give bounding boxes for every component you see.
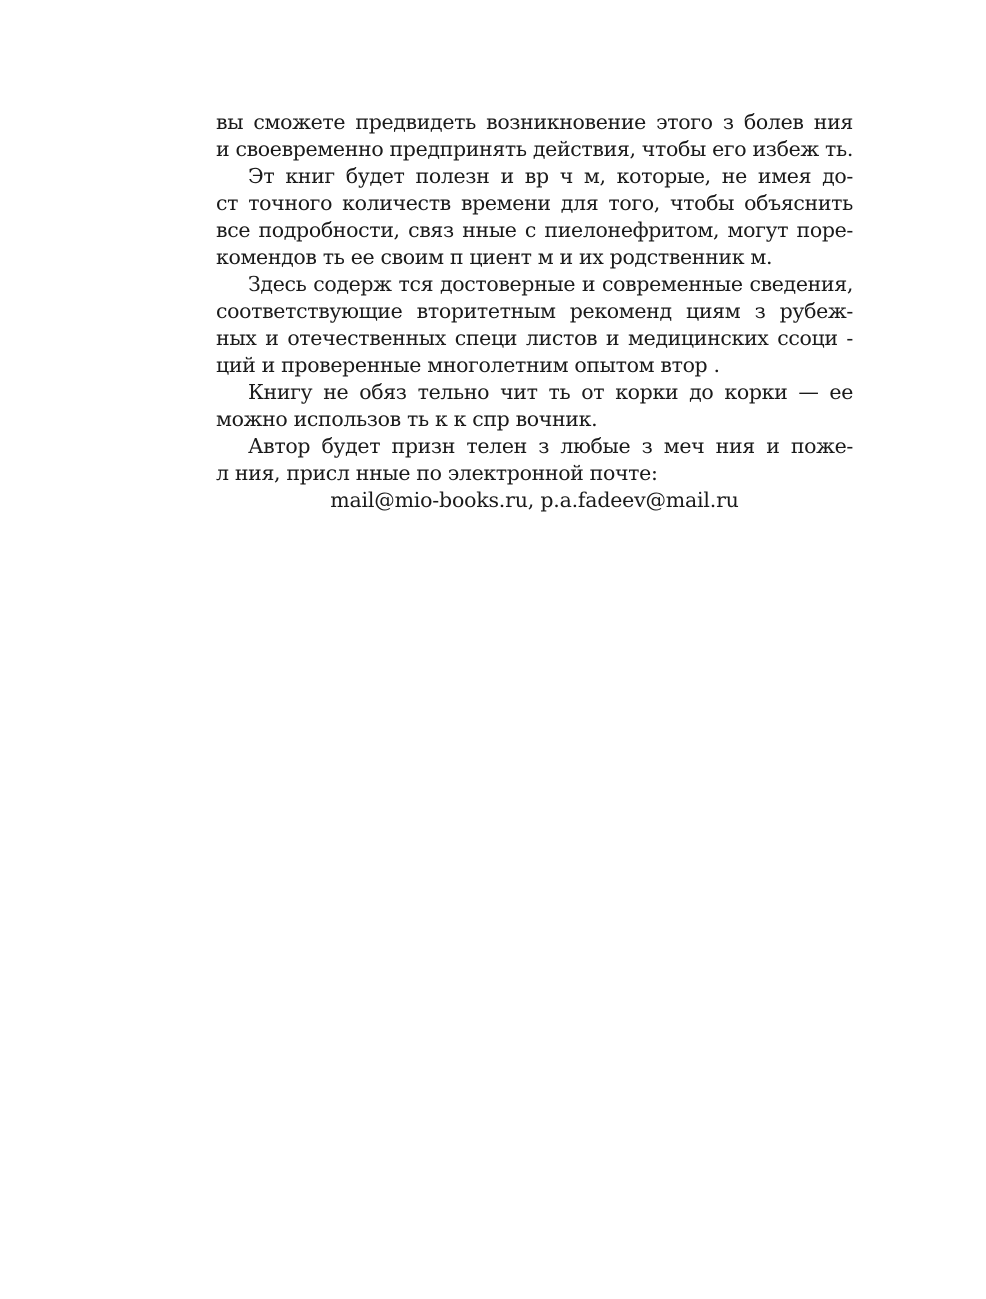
text-line: Здесь содерж тся достоверные и современн… — [216, 271, 853, 298]
text-line: ных и отечественных специ листов и медиц… — [216, 325, 853, 352]
body-text: вы сможете предвидеть возникновение этог… — [216, 109, 853, 514]
text-line: и своевременно предпринять действия, что… — [216, 136, 853, 163]
text-line: соответствующие вторитетным рекоменд ция… — [216, 298, 853, 325]
document-page: вы сможете предвидеть возникновение этог… — [0, 0, 986, 1299]
contact-emails: mail@mio-books.ru, p.a.fadeev@mail.ru — [216, 487, 853, 514]
text-line: Эт книг будет полезн и вр ч м, которые, … — [216, 163, 853, 190]
text-line: можно использов ть к к спр вочник. — [216, 406, 853, 433]
text-line: комендов ть ее своим п циент м и их родс… — [216, 244, 853, 271]
paragraph-intro-continuation: вы сможете предвидеть возникновение этог… — [216, 109, 853, 163]
paragraph-reading-advice: Книгу не обяз тельно чит ть от корки до … — [216, 379, 853, 433]
text-line: ций и проверенные многолетним опытом вто… — [216, 352, 853, 379]
text-line: л ния, присл нные по электронной почте: — [216, 460, 853, 487]
paragraph-usefulness: Эт книг будет полезн и вр ч м, которые, … — [216, 163, 853, 271]
paragraph-content-sources: Здесь содерж тся достоверные и современн… — [216, 271, 853, 379]
paragraph-feedback: Автор будет призн телен з любые з меч ни… — [216, 433, 853, 487]
text-line: ст точного количеств времени для того, ч… — [216, 190, 853, 217]
text-line: Автор будет призн телен з любые з меч ни… — [216, 433, 853, 460]
text-line: Книгу не обяз тельно чит ть от корки до … — [216, 379, 853, 406]
text-line: все подробности, связ нные с пиелонефрит… — [216, 217, 853, 244]
text-line: вы сможете предвидеть возникновение этог… — [216, 109, 853, 136]
